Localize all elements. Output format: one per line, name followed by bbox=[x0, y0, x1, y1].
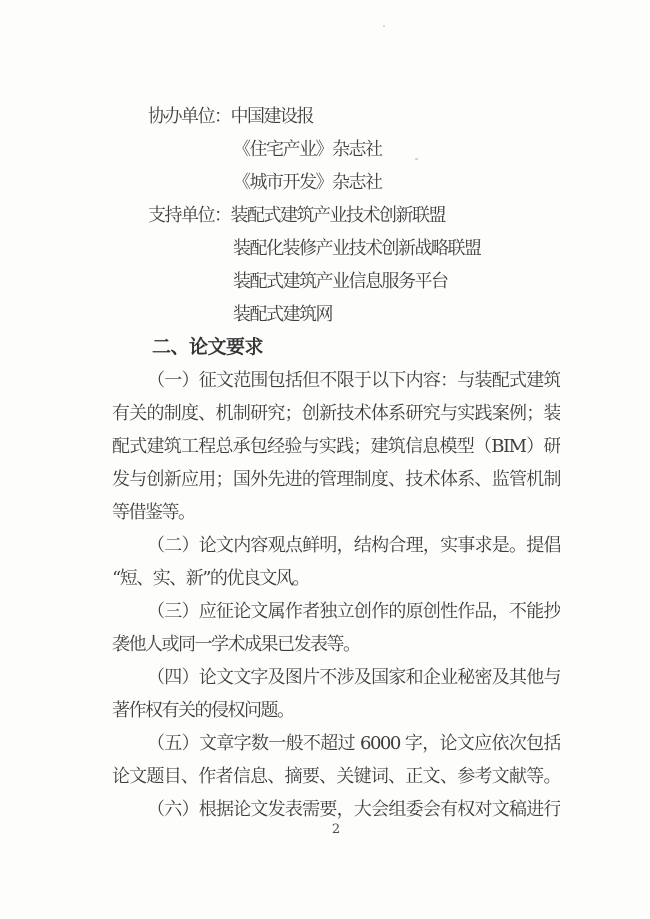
supporter-line: 支持单位：装配式建筑产业技术创新联盟 bbox=[112, 199, 560, 232]
paragraph-line: （三）应征论文属作者独立创作的原创性作品，不能抄 bbox=[112, 595, 560, 628]
paragraph-line: 发与创新应用；国外先进的管理制度、技术体系、监管机制 bbox=[112, 463, 560, 496]
paragraph-line: “短、实、新”的优良文风。 bbox=[112, 562, 560, 595]
paragraph-line: 有关的制度、机制研究；创新技术体系研究与实践案例；装 bbox=[112, 397, 560, 430]
page-number: 2 bbox=[112, 820, 560, 840]
paragraph-line: （五）文章字数一般不超过 6000 字，论文应依次包括 bbox=[112, 727, 560, 760]
supporter-item: 装配化装修产业技术创新战略联盟 bbox=[112, 232, 560, 265]
paragraph-line: 袭他人或同一学术成果已发表等。 bbox=[112, 628, 560, 661]
supporter-item: 装配式建筑产业信息服务平台 bbox=[112, 265, 560, 298]
scan-speck bbox=[383, 25, 385, 27]
document-page: 协办单位：中国建设报 《住宅产业》杂志社 《城市开发》杂志社 支持单位：装配式建… bbox=[0, 0, 650, 919]
paragraph-line: 配式建筑工程总承包经验与实践；建筑信息模型（BIM）研 bbox=[112, 430, 560, 463]
paragraph-line: （一）征文范围包括但不限于以下内容：与装配式建筑 bbox=[112, 364, 560, 397]
paragraph-line: （二）论文内容观点鲜明，结构合理，实事求是。提倡 bbox=[112, 529, 560, 562]
section-heading: 二、论文要求 bbox=[112, 331, 560, 364]
text-block: 协办单位：中国建设报 《住宅产业》杂志社 《城市开发》杂志社 支持单位：装配式建… bbox=[112, 100, 560, 826]
co-organizer-line: 协办单位：中国建设报 bbox=[112, 100, 560, 133]
paragraph-line: 论文题目、作者信息、摘要、关键词、正文、参考文献等。 bbox=[112, 760, 560, 793]
paragraph-line: 著作权有关的侵权问题。 bbox=[112, 694, 560, 727]
co-organizer-item: 《城市开发》杂志社 bbox=[112, 166, 560, 199]
supporter-item: 装配式建筑网 bbox=[112, 298, 560, 331]
co-organizer-item: 《住宅产业》杂志社 bbox=[112, 133, 560, 166]
paragraph-line: 等借鉴等。 bbox=[112, 496, 560, 529]
paragraph-line: （四）论文文字及图片不涉及国家和企业秘密及其他与 bbox=[112, 661, 560, 694]
